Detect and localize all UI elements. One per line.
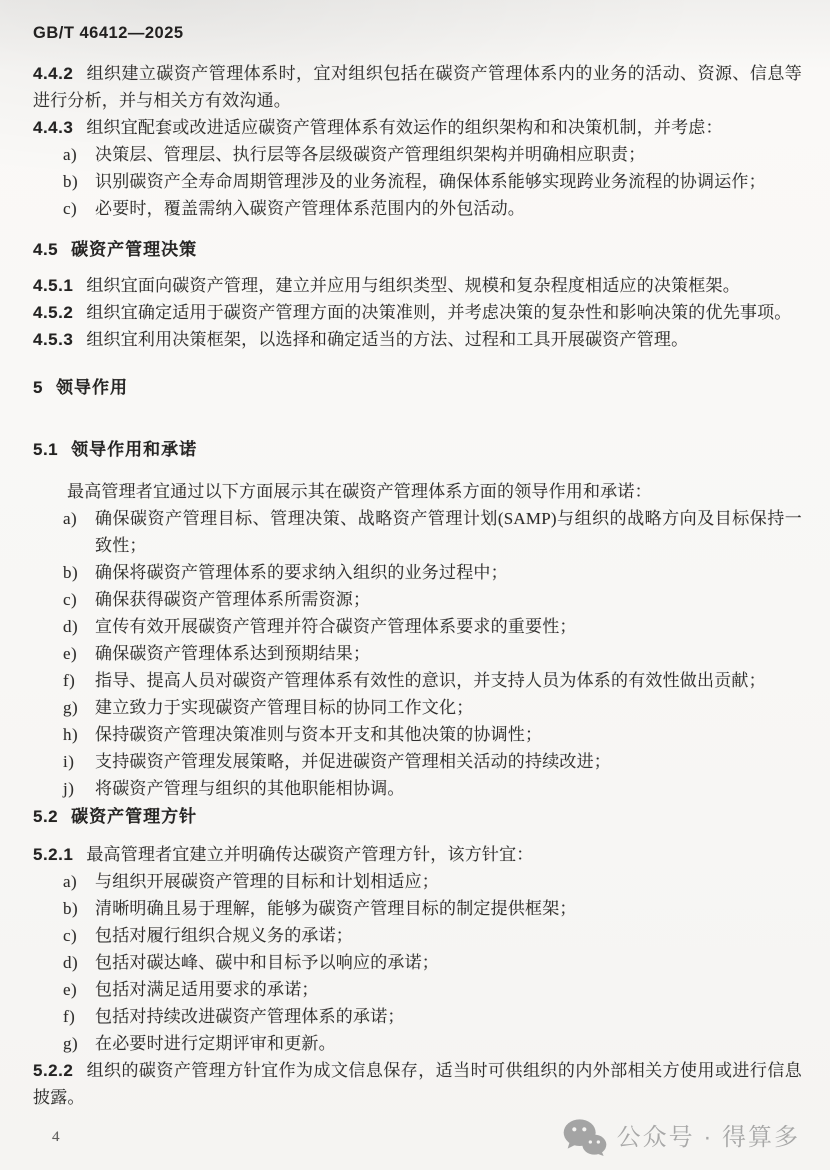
block-text: 组织宜利用决策框架，以选择和确定适当的方法、过程和工具开展碳资产管理。 bbox=[86, 330, 688, 349]
block-text: 必要时，覆盖需纳入碳资产管理体系范围内的外包活动。 bbox=[95, 195, 802, 222]
block-number: g) bbox=[63, 1030, 95, 1057]
block-text: 包括对碳达峰、碳中和目标予以响应的承诺； bbox=[95, 949, 802, 976]
item-b: b)清晰明确且易于理解，能够为碳资产管理目标的制定提供框架； bbox=[63, 895, 802, 922]
item-f: f)指导、提高人员对碳资产管理体系有效性的意识，并支持人员为体系的有效性做出贡献… bbox=[63, 667, 802, 694]
block-number: 5 bbox=[33, 378, 43, 397]
para-11: 最高管理者宜通过以下方面展示其在碳资产管理体系方面的领导作用和承诺： bbox=[33, 478, 802, 505]
block-number: c) bbox=[63, 586, 95, 613]
block-number: 4.5.1 bbox=[33, 276, 73, 295]
block-number: 5.2.1 bbox=[33, 845, 73, 864]
item-g: g)在必要时进行定期评审和更新。 bbox=[63, 1030, 802, 1057]
clause-5.2.1: 5.2.1最高管理者宜建立并明确传达碳资产管理方针，该方针宜： bbox=[33, 841, 802, 868]
item-c: c)包括对履行组织合规义务的承诺； bbox=[63, 922, 802, 949]
block-number: e) bbox=[63, 976, 95, 1003]
block-text: 包括对满足适用要求的承诺； bbox=[95, 976, 802, 1003]
item-a: a)与组织开展碳资产管理的目标和计划相适应； bbox=[63, 868, 802, 895]
block-text: 组织宜配套或改进适应碳资产管理体系有效运作的组织架构和和决策机制，并考虑： bbox=[86, 118, 722, 137]
block-text: 决策层、管理层、执行层等各层级碳资产管理组织架构并明确相应职责； bbox=[95, 141, 802, 168]
block-number: g) bbox=[63, 694, 95, 721]
item-e: e)确保碳资产管理体系达到预期结果； bbox=[63, 640, 802, 667]
block-number: f) bbox=[63, 667, 95, 694]
block-number: i) bbox=[63, 748, 95, 775]
block-text: 指导、提高人员对碳资产管理体系有效性的意识，并支持人员为体系的有效性做出贡献； bbox=[95, 667, 802, 694]
block-text: 确保碳资产管理目标、管理决策、战略资产管理计划(SAMP)与组织的战略方向及目标… bbox=[95, 505, 802, 559]
block-text: 组织宜确定适用于碳资产管理方面的决策准则，并考虑决策的复杂性和影响决策的优先事项… bbox=[86, 303, 791, 322]
block-number: 5.2 bbox=[33, 807, 58, 826]
heading-4.5: 4.5碳资产管理决策 bbox=[33, 236, 802, 263]
block-text: 组织建立碳资产管理体系时，宜对组织包括在碳资产管理体系内的业务的活动、资源、信息… bbox=[33, 64, 802, 110]
block-text: 包括对持续改进碳资产管理体系的承诺； bbox=[95, 1003, 802, 1030]
clause-5.2.2: 5.2.2组织的碳资产管理方针宜作为成文信息保存，适当时可供组织的内外部相关方使… bbox=[33, 1057, 802, 1111]
block-text: 清晰明确且易于理解，能够为碳资产管理目标的制定提供框架； bbox=[95, 895, 802, 922]
item-c: c)确保获得碳资产管理体系所需资源； bbox=[63, 586, 802, 613]
block-text: 领导作用和承诺 bbox=[71, 440, 197, 459]
block-text: 确保碳资产管理体系达到预期结果； bbox=[95, 640, 802, 667]
block-number: b) bbox=[63, 895, 95, 922]
block-number: 4.4.3 bbox=[33, 118, 73, 137]
block-number: 4.5.2 bbox=[33, 303, 73, 322]
block-number: c) bbox=[63, 922, 95, 949]
block-number: j) bbox=[63, 775, 95, 802]
block-number: 5.1 bbox=[33, 440, 58, 459]
block-number: 4.4.2 bbox=[33, 64, 73, 83]
clause-4.4.3: 4.4.3组织宜配套或改进适应碳资产管理体系有效运作的组织架构和和决策机制，并考… bbox=[33, 114, 802, 141]
block-text: 碳资产管理决策 bbox=[71, 240, 197, 259]
block-number: a) bbox=[63, 141, 95, 168]
item-c: c)必要时，覆盖需纳入碳资产管理体系范围内的外包活动。 bbox=[63, 195, 802, 222]
block-text: 与组织开展碳资产管理的目标和计划相适应； bbox=[95, 868, 802, 895]
block-number: b) bbox=[63, 168, 95, 195]
document-body: 4.4.2组织建立碳资产管理体系时，宜对组织包括在碳资产管理体系内的业务的活动、… bbox=[33, 60, 802, 1111]
watermark-text: 公众号 · 得算多 bbox=[617, 1124, 800, 1151]
block-text: 建立致力于实现碳资产管理目标的协同工作文化； bbox=[95, 694, 802, 721]
block-number: 4.5.3 bbox=[33, 330, 73, 349]
block-text: 组织宜面向碳资产管理，建立并应用与组织类型、规模和复杂程度相适应的决策框架。 bbox=[86, 276, 740, 295]
block-text: 确保获得碳资产管理体系所需资源； bbox=[95, 586, 802, 613]
page-number: 4 bbox=[52, 1124, 60, 1151]
item-d: d)包括对碳达峰、碳中和目标予以响应的承诺； bbox=[63, 949, 802, 976]
block-number: c) bbox=[63, 195, 95, 222]
block-number: a) bbox=[63, 505, 95, 559]
clause-4.5.2: 4.5.2组织宜确定适用于碳资产管理方面的决策准则，并考虑决策的复杂性和影响决策… bbox=[33, 299, 802, 326]
block-text: 宣传有效开展碳资产管理并符合碳资产管理体系要求的重要性； bbox=[95, 613, 802, 640]
wechat-icon bbox=[563, 1118, 607, 1156]
item-i: i)支持碳资产管理发展策略，并促进碳资产管理相关活动的持续改进； bbox=[63, 748, 802, 775]
block-number: 5.2.2 bbox=[33, 1061, 73, 1080]
block-text: 识别碳资产全寿命周期管理涉及的业务流程，确保体系能够实现跨业务流程的协调运作； bbox=[95, 168, 802, 195]
clause-4.5.3: 4.5.3组织宜利用决策框架，以选择和确定适当的方法、过程和工具开展碳资产管理。 bbox=[33, 326, 802, 353]
block-text: 最高管理者宜通过以下方面展示其在碳资产管理体系方面的领导作用和承诺： bbox=[67, 482, 652, 501]
block-text: 确保将碳资产管理体系的要求纳入组织的业务过程中； bbox=[95, 559, 802, 586]
block-number: b) bbox=[63, 559, 95, 586]
block-number: e) bbox=[63, 640, 95, 667]
block-text: 领导作用 bbox=[56, 378, 128, 397]
wechat-watermark: 公众号 · 得算多 bbox=[563, 1118, 800, 1156]
block-text: 保持碳资产管理决策准则与资本开支和其他决策的协调性； bbox=[95, 721, 802, 748]
item-a: a)确保碳资产管理目标、管理决策、战略资产管理计划(SAMP)与组织的战略方向及… bbox=[63, 505, 802, 559]
doc-code-header: GB/T 46412—2025 bbox=[33, 20, 802, 47]
block-text: 最高管理者宜建立并明确传达碳资产管理方针，该方针宜： bbox=[86, 845, 533, 864]
heading-5: 5领导作用 bbox=[33, 374, 802, 401]
block-number: d) bbox=[63, 613, 95, 640]
block-text: 将碳资产管理与组织的其他职能相协调。 bbox=[95, 775, 802, 802]
block-number: d) bbox=[63, 949, 95, 976]
heading-5.2: 5.2碳资产管理方针 bbox=[33, 803, 802, 830]
clause-4.5.1: 4.5.1组织宜面向碳资产管理，建立并应用与组织类型、规模和复杂程度相适应的决策… bbox=[33, 272, 802, 299]
block-text: 包括对履行组织合规义务的承诺； bbox=[95, 922, 802, 949]
block-number: a) bbox=[63, 868, 95, 895]
heading-5.1: 5.1领导作用和承诺 bbox=[33, 436, 802, 463]
block-text: 在必要时进行定期评审和更新。 bbox=[95, 1030, 802, 1057]
item-h: h)保持碳资产管理决策准则与资本开支和其他决策的协调性； bbox=[63, 721, 802, 748]
item-f: f)包括对持续改进碳资产管理体系的承诺； bbox=[63, 1003, 802, 1030]
item-g: g)建立致力于实现碳资产管理目标的协同工作文化； bbox=[63, 694, 802, 721]
item-b: b)确保将碳资产管理体系的要求纳入组织的业务过程中； bbox=[63, 559, 802, 586]
document-page: GB/T 46412—2025 4.4.2组织建立碳资产管理体系时，宜对组织包括… bbox=[33, 20, 802, 1111]
item-b: b)识别碳资产全寿命周期管理涉及的业务流程，确保体系能够实现跨业务流程的协调运作… bbox=[63, 168, 802, 195]
item-j: j)将碳资产管理与组织的其他职能相协调。 bbox=[63, 775, 802, 802]
item-a: a)决策层、管理层、执行层等各层级碳资产管理组织架构并明确相应职责； bbox=[63, 141, 802, 168]
block-number: 4.5 bbox=[33, 240, 58, 259]
block-number: h) bbox=[63, 721, 95, 748]
item-d: d)宣传有效开展碳资产管理并符合碳资产管理体系要求的重要性； bbox=[63, 613, 802, 640]
block-number: f) bbox=[63, 1003, 95, 1030]
block-text: 支持碳资产管理发展策略，并促进碳资产管理相关活动的持续改进； bbox=[95, 748, 802, 775]
block-text: 碳资产管理方针 bbox=[71, 807, 197, 826]
block-text: 组织的碳资产管理方针宜作为成文信息保存，适当时可供组织的内外部相关方使用或进行信… bbox=[33, 1061, 802, 1107]
item-e: e)包括对满足适用要求的承诺； bbox=[63, 976, 802, 1003]
clause-4.4.2: 4.4.2组织建立碳资产管理体系时，宜对组织包括在碳资产管理体系内的业务的活动、… bbox=[33, 60, 802, 114]
